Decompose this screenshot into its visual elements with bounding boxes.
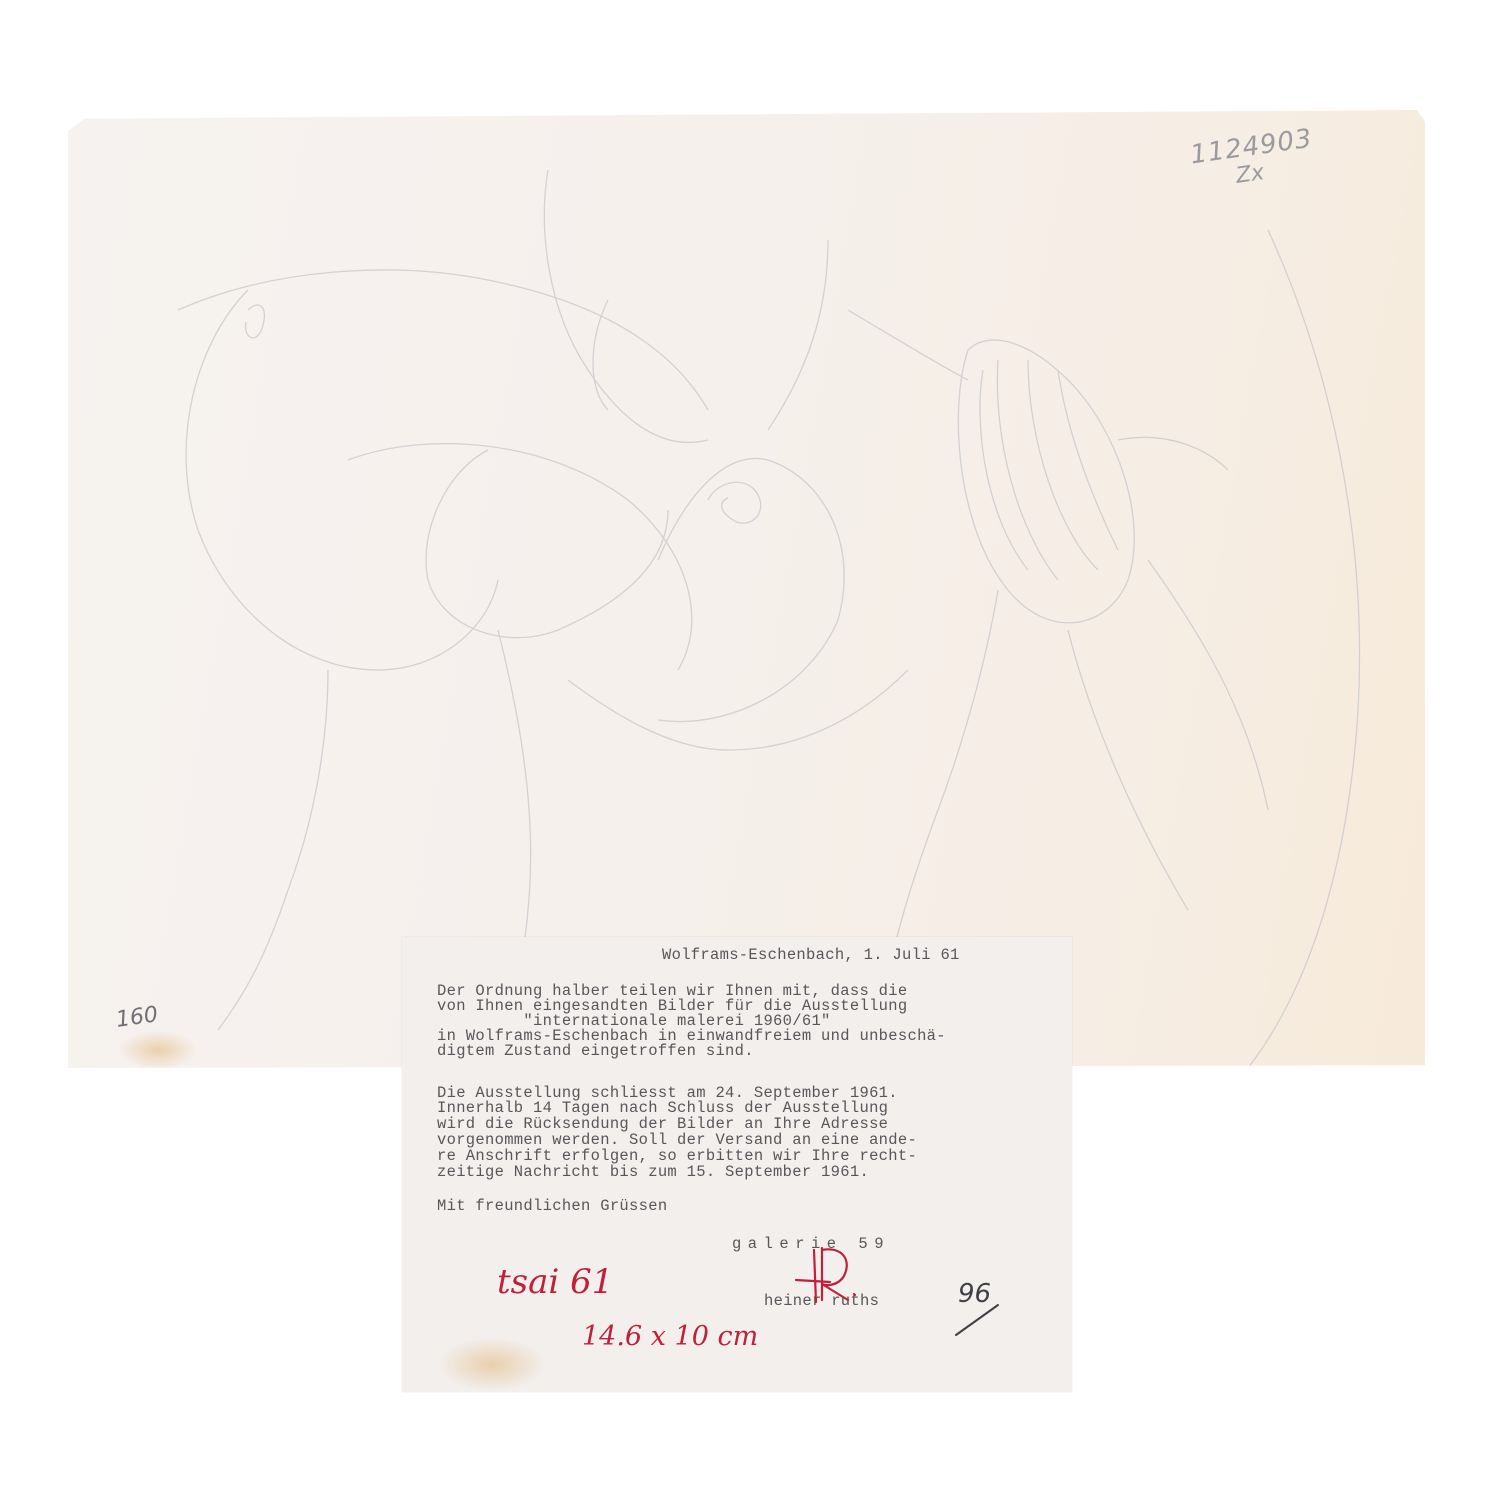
card-stain [437, 1337, 547, 1392]
handwritten-title: tsai 61 [497, 1275, 613, 1290]
reference-suffix: Zx [1234, 160, 1265, 189]
receipt-card: Wolframs-Eschenbach, 1. Juli 61 Der Ordn… [402, 937, 1072, 1392]
underline-slash-icon [952, 1299, 1002, 1339]
card-dateline: Wolframs-Eschenbach, 1. Juli 61 [662, 948, 960, 963]
closing-line: Mit freundlichen Grüssen [437, 1199, 667, 1214]
paragraph2-line: Innerhalb 14 Tagen nach Schluss der Auss… [437, 1101, 888, 1116]
signature-icon [792, 1242, 862, 1312]
handwritten-dimensions: 14.6 x 10 cm [582, 1329, 758, 1344]
paragraph1-line: digtem Zustand eingetroffen sind. [437, 1044, 754, 1059]
artwork-paper-back: 1124903 Zx 160 [68, 110, 1425, 1068]
pencil-sketch [68, 110, 1425, 1068]
paragraph2-line: zeitige Nachricht bis zum 15. September … [437, 1165, 869, 1180]
paragraph2-line: wird die Rücksendung der Bilder an Ihre … [437, 1117, 888, 1132]
paragraph2-line: vorgenommen werden. Soll der Versand an … [437, 1133, 917, 1148]
paragraph2-line: re Anschrift erfolgen, so erbitten wir I… [437, 1149, 917, 1164]
paper-stain [118, 1030, 198, 1070]
